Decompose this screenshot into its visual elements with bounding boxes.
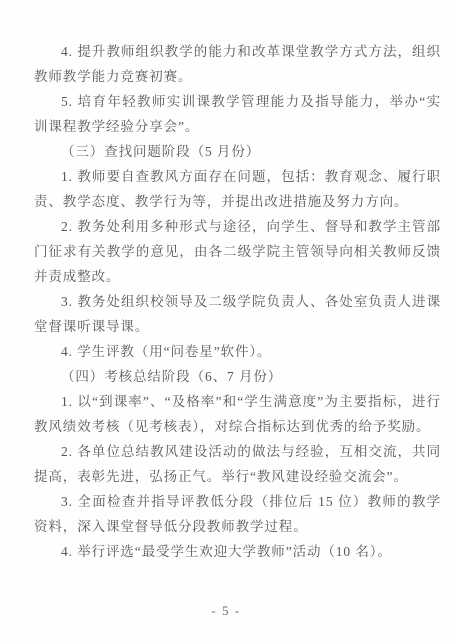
paragraph: 2. 各单位总结教风建设活动的做法与经验，互相交流，共同提高，表彰先进，弘扬正气… <box>34 439 441 489</box>
section-heading: （四）考核总结阶段（6、7 月份） <box>34 364 441 389</box>
document-body: 4. 提升教师组织教学的能力和改革课堂教学方式方法，组织教师教学能力竞赛初赛。5… <box>34 39 441 564</box>
paragraph: 2. 教务处利用多种形式与途径，向学生、督导和教学主管部门征求有关教学的意见，由… <box>34 214 441 289</box>
paragraph: 5. 培育年轻教师实训课教学管理能力及指导能力，举办“实训课程教学经验分享会”。 <box>34 89 441 139</box>
paragraph: 3. 全面检查并指导评教低分段（排位后 15 位）教师的教学资料，深入课堂督导低… <box>34 489 441 539</box>
paragraph: 4. 学生评教（用“问卷星”软件）。 <box>34 339 441 364</box>
paragraph: 3. 教务处组织校领导及二级学院负责人、各处室负责人进课堂督课听课导课。 <box>34 289 441 339</box>
document-page: 4. 提升教师组织教学的能力和改革课堂教学方式方法，组织教师教学能力竞赛初赛。5… <box>0 0 452 643</box>
paragraph: 1. 教师要自查教风方面存在问题，包括：教育观念、履行职责、教学态度、教学行为等… <box>34 164 441 214</box>
section-heading: （三）查找问题阶段（5 月份） <box>34 139 441 164</box>
paragraph: 4. 提升教师组织教学的能力和改革课堂教学方式方法，组织教师教学能力竞赛初赛。 <box>34 39 441 89</box>
paragraph: 1. 以“到课率”、“及格率”和“学生满意度”为主要指标，进行教风绩效考核（见考… <box>34 389 441 439</box>
paragraph: 4. 举行评选“最受学生欢迎大学教师”活动（10 名）。 <box>34 539 441 564</box>
page-number: - 5 - <box>0 603 452 619</box>
